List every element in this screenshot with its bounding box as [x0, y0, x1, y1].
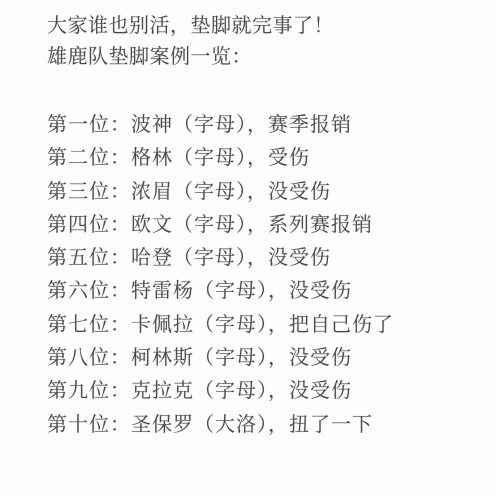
list-item: 第六位：特雷杨（字母），没受伤 [47, 275, 476, 308]
list-item: 第二位：格林（字母），受伤 [47, 142, 476, 175]
list-item: 第九位：克拉克（字母），没受伤 [47, 375, 476, 408]
text-post: 大家谁也别活，垫脚就完事了！ 雄鹿队垫脚案例一览： 第一位：波神（字母），赛季报… [0, 0, 496, 496]
post-intro-line: 大家谁也别活，垫脚就完事了！ [47, 11, 476, 42]
list-item: 第五位：哈登（字母），没受伤 [47, 242, 476, 275]
post-subtitle-line: 雄鹿队垫脚案例一览： [47, 42, 476, 73]
list-item: 第三位：浓眉（字母），没受伤 [47, 176, 476, 209]
list-item: 第四位：欧文（字母），系列赛报销 [47, 209, 476, 242]
list-item: 第十位：圣保罗（大洛），扭了一下 [47, 409, 476, 442]
post-header: 大家谁也别活，垫脚就完事了！ 雄鹿队垫脚案例一览： [47, 11, 476, 73]
list-item: 第八位：柯林斯（字母），没受伤 [47, 342, 476, 375]
case-list: 第一位：波神（字母），赛季报销 第二位：格林（字母），受伤 第三位：浓眉（字母）… [47, 109, 476, 442]
list-item: 第七位：卡佩拉（字母），把自己伤了 [47, 309, 476, 342]
list-item: 第一位：波神（字母），赛季报销 [47, 109, 476, 142]
